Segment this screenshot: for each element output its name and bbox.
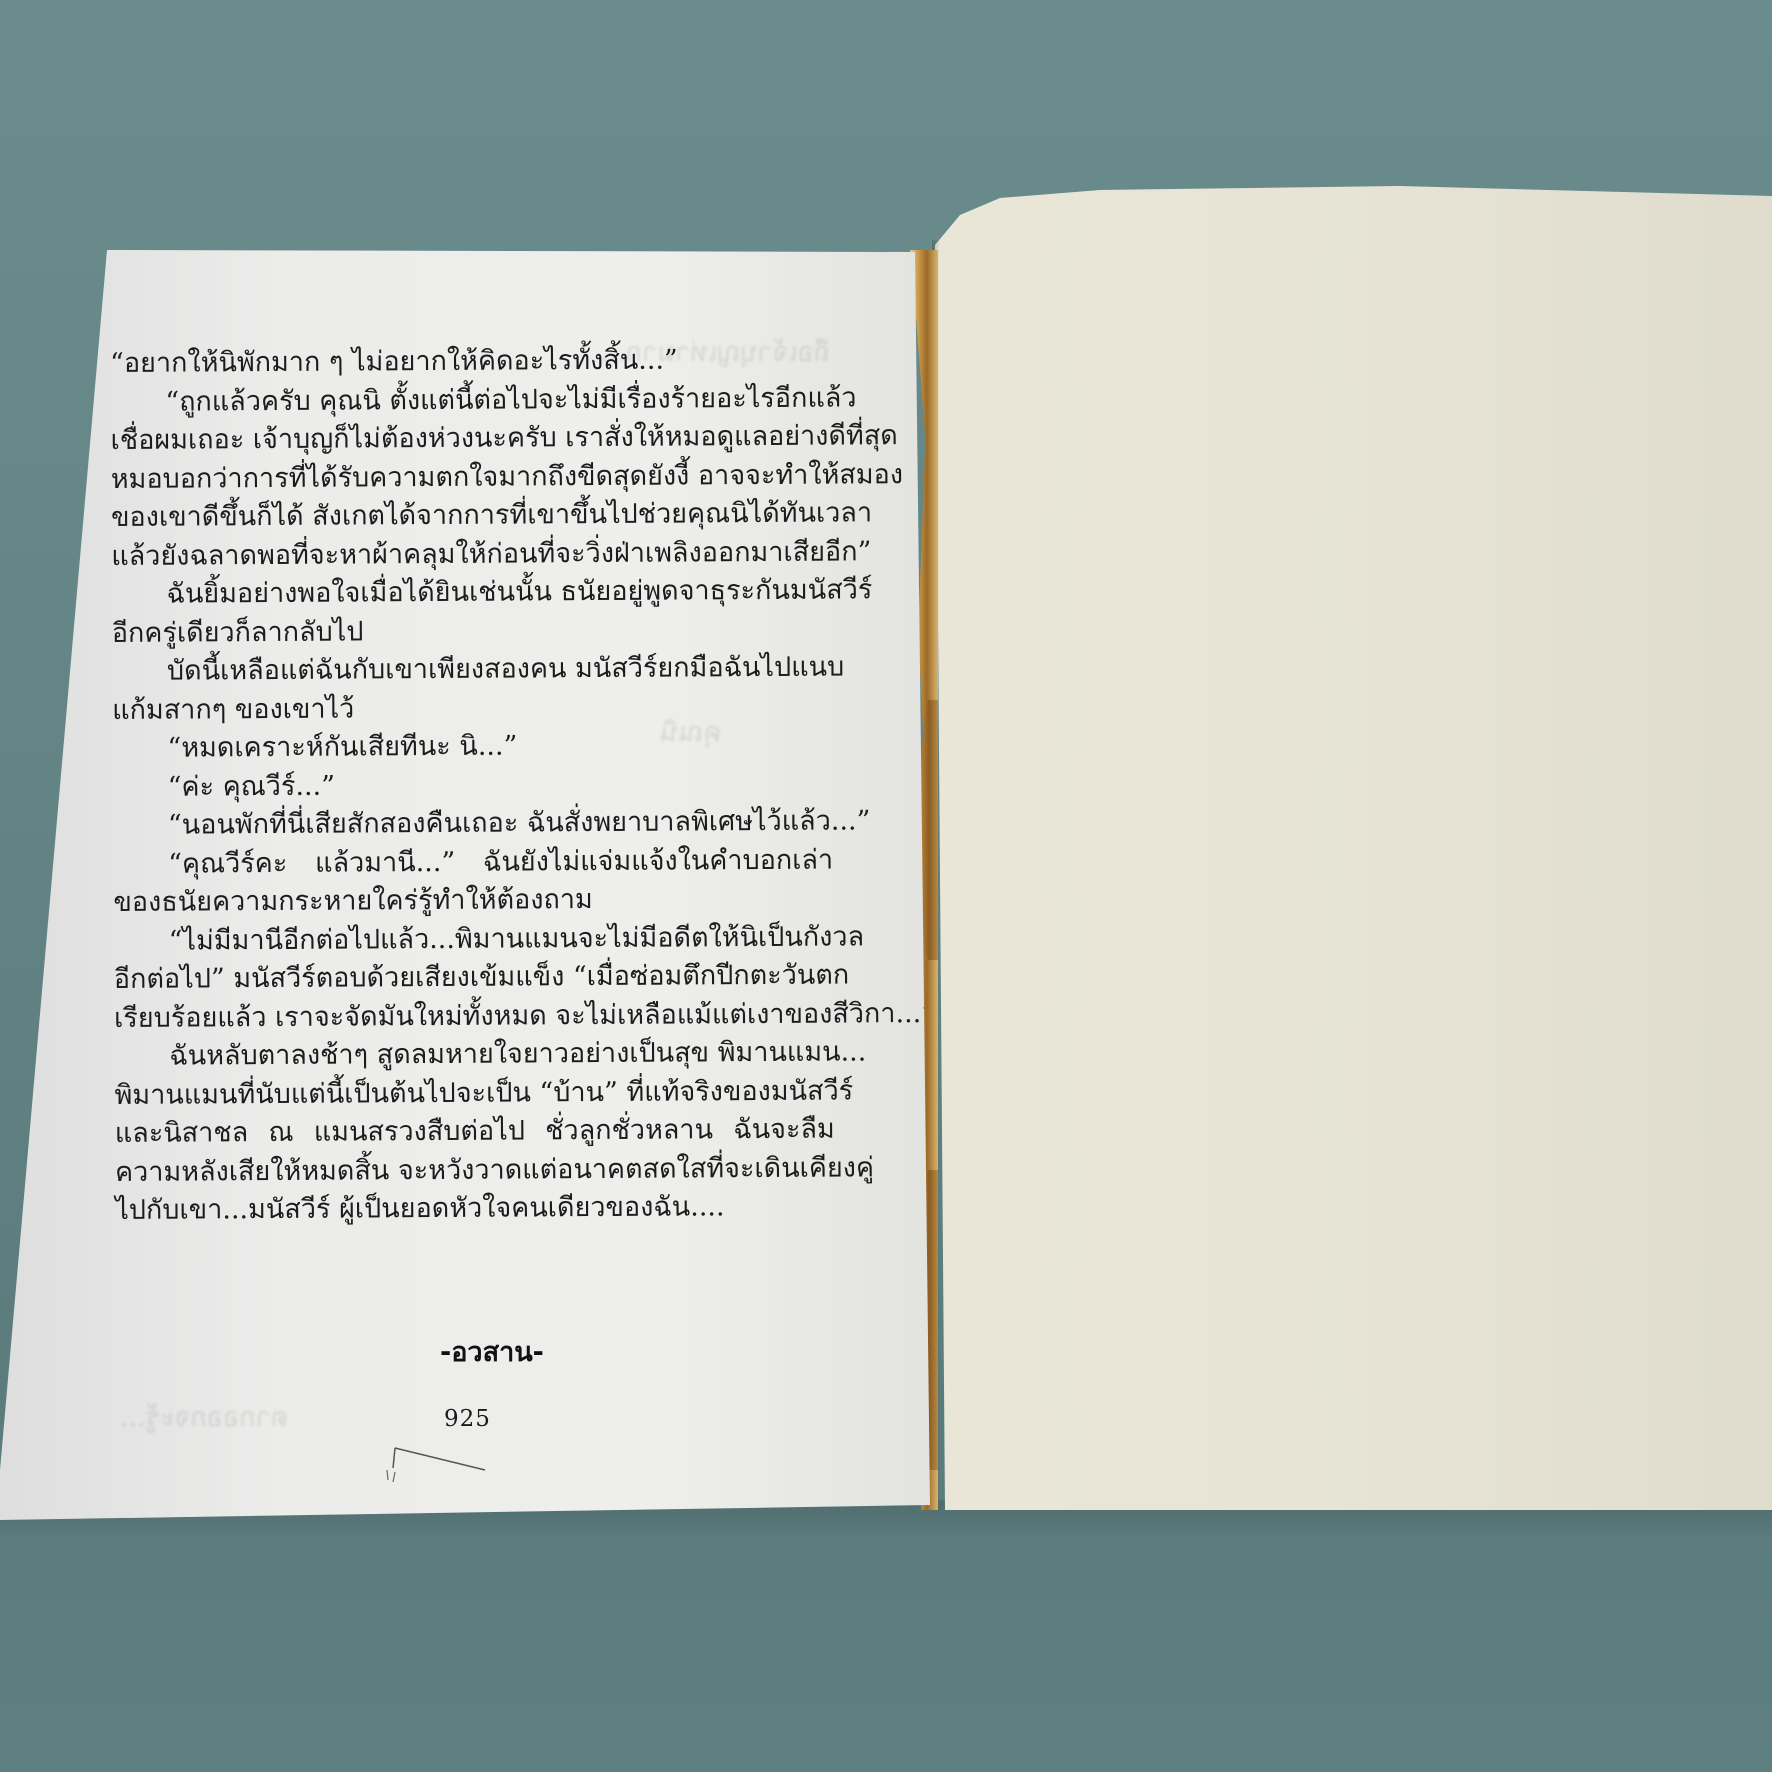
text-line: แล้วยังฉลาดพอที่จะหาผ้าคลุมให้ก่อนที่จะว… xyxy=(111,533,831,576)
text-line: ไปกับเขา...มนัสวีร์ ผู้เป็นยอดหัวใจคนเดี… xyxy=(115,1188,835,1231)
text-line: แก้มสากๆ ของเขาไว้ xyxy=(112,687,832,730)
text-line: เรียบร้อยแล้ว เราจะจัดมันใหม่ทั้งหมด จะไ… xyxy=(114,995,834,1038)
the-end-mark: -อวสาน- xyxy=(440,1330,544,1373)
text-line: “นอนพักที่นี่เสียสักสองคืนเถอะ ฉันสั่งพย… xyxy=(113,803,833,846)
text-line: “อยากให้นิพักมาก ๆ ไม่อยากให้คิดอะไรทั้ง… xyxy=(110,341,830,384)
text-line: บัดนี้เหลือแต่ฉันกับเขาเพียงสองคน มนัสวี… xyxy=(112,649,832,692)
text-line: อีกต่อไป” มนัสวีร์ตอบด้วยเสียงเข้มแข็ง “… xyxy=(114,957,834,1000)
page-body-text: “อยากให้นิพักมาก ๆ ไม่อยากให้คิดอะไรทั้ง… xyxy=(110,341,835,1231)
text-line: ความหลังเสียให้หมดสิ้น จะหวังวาดแต่อนาคต… xyxy=(115,1149,835,1192)
left-printed-page: ถือเจ้าบุญเท่ามาก... คุณนิ ตากออกจะรู้..… xyxy=(0,0,940,1540)
text-line: “ค่ะ คุณวีร์...” xyxy=(113,764,833,807)
text-line: พิมานแมนที่นับแต่นี้เป็นต้นไปจะเป็น “บ้า… xyxy=(114,1072,834,1115)
text-line: “หมดเคราะห์กันเสียทีนะ นิ...” xyxy=(112,726,832,769)
page-number: 925 xyxy=(444,1406,491,1432)
text-line: และนิสาชล ณ แมนสรวงสืบต่อไป ชั่วลูกชั่วห… xyxy=(115,1111,835,1154)
text-line: หมอบอกว่าการที่ได้รับความตกใจมากถึงขีดสุ… xyxy=(111,456,831,499)
pen-scribble-mark xyxy=(375,1440,495,1500)
text-line: อีกครู่เดียวก็ลากลับไป xyxy=(112,610,832,653)
text-line: ของธนัยความกระหายใคร่รู้ทำให้ต้องถาม xyxy=(113,880,833,923)
text-line: “คุณวีร์คะ แล้วมานี...” ฉันยังไม่แจ่มแจ้… xyxy=(113,841,833,884)
show-through-text: ตากออกจะรู้... xyxy=(120,1395,288,1438)
text-line: เชื่อผมเถอะ เจ้าบุญก็ไม่ต้องห่วงนะครับ เ… xyxy=(110,418,830,461)
text-line: ฉันหลับตาลงช้าๆ สูดลมหายใจยาวอย่างเป็นสุ… xyxy=(114,1034,834,1077)
photo-scene: ถือเจ้าบุญเท่ามาก... คุณนิ ตากออกจะรู้..… xyxy=(0,0,1772,1772)
text-line: ฉันยิ้มอย่างพอใจเมื่อได้ยินเช่นนั้น ธนัย… xyxy=(111,572,831,615)
text-line: “ถูกแล้วครับ คุณนิ ตั้งแต่นี้ต่อไปจะไม่ม… xyxy=(110,379,830,422)
text-line: “ไม่มีมานีอีกต่อไปแล้ว...พิมานแมนจะไม่มี… xyxy=(114,918,834,961)
text-line: ของเขาดีขึ้นก็ได้ สังเกตได้จากการที่เขาข… xyxy=(111,495,831,538)
